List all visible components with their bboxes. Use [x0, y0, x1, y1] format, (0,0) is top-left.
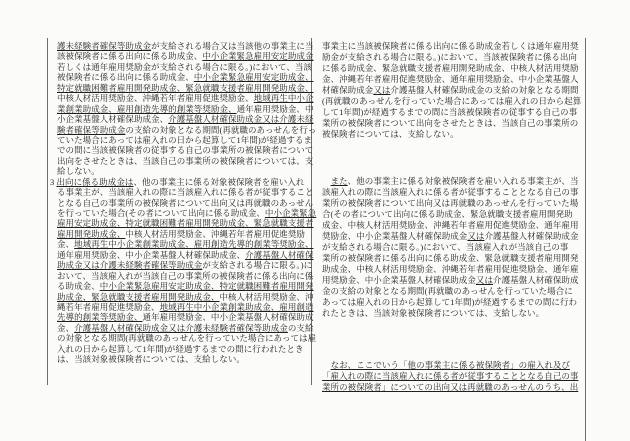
text-line: あっては雇入れの日から起算して1年間)が経過するまでの間に行わ — [322, 297, 585, 308]
text-line: る助成金、中小企業緊急雇用安定助成金、特定就職困難者雇用開発 — [50, 281, 311, 291]
plain-text: は、当該対象被保険者については、支給しない。 — [57, 354, 245, 364]
underlined-text: 業創業助成金、雇用創造先導的創業等奨励金、 — [57, 104, 237, 114]
plain-text: 中核人材活用奨励金、沖縄若年者雇用促進奨励金、 — [57, 93, 254, 103]
text-line: 金、沖縄若年者雇用促進奨励金、通年雇用奨励金、中小企業基盤人 — [322, 74, 585, 85]
plain-text: 奨励金、中小企業基盤人材確保助成金 — [322, 231, 467, 241]
plain-text: (再就職のあっせんを行っていた場合にあっては雇入れの日から起算 — [322, 96, 581, 106]
text-line: 該被保険者に係る出向に係る助成金、中小企業緊急雇用安定助成金 — [50, 51, 311, 61]
underlined-text: 介護基盤人材確保助成金又は介護未経験者確保等助成金 — [74, 323, 288, 333]
text-line: 雇用安定助成金、特定就職困難者雇用開発助成金、緊急就職支援者 — [50, 218, 311, 228]
plain-text: 介護基盤人材確保助成金 — [484, 231, 578, 241]
text-line: が支給される場合に限る。)において、当該雇入れが当該自己の事 — [322, 242, 585, 253]
plain-text: 金、沖縄若年者雇用促進奨励金、通年雇用奨励金、中小企業基盤人 — [322, 74, 579, 84]
text-line: 業所の被保険者について出向又は再就職のあっせんを行っていた場 — [322, 198, 585, 209]
plain-text: 金、 — [57, 323, 74, 333]
text-line: 雇用開発助成金、中核人材活用奨励金、沖縄若年者雇用促進奨励 — [50, 229, 311, 239]
underlined-text: なお、ここでいう「他の事業主に係る被保険者」の雇入れ及び — [331, 360, 570, 370]
plain-text: 、他の事業主に係る対象被保険者を雇い入れる事業主が、当 — [348, 176, 579, 186]
text-line: 事業主に当該被保険者に係る出向に係る助成金若しくは通年雇用奨 — [322, 41, 585, 52]
underlined-text: 地域再生中小企業創業助成金、雇用創造 — [160, 302, 314, 312]
text-line: 験者確保等助成金の支給の対象となる期間(再就職のあっせんを行っ — [50, 125, 311, 135]
text-line: に係る助成金、緊急就職支援者雇用開発助成金、中核人材活用奨励 — [322, 63, 585, 74]
underlined-text: 先導的創業等奨励金、 — [57, 312, 143, 322]
underlined-text: 又は — [467, 231, 484, 241]
plain-text: 業所の被保険者について出向をさせたときは、当該自己の事業所の — [322, 118, 578, 128]
plain-text: となる自己の事業所の被保険者について出向又は再就職のあっせん — [57, 198, 313, 208]
text-line: 護未経験者確保等助成金が支給される場合又は当該他の事業主に当 — [50, 41, 311, 51]
plain-text: る助成金、 — [57, 281, 100, 291]
plain-text: して1年間)が経過するまでの間に当該被保険者の従事する自己の事 — [322, 107, 577, 117]
underlined-text: 中小企業緊急雇用安定助成金、 — [194, 72, 314, 82]
plain-text: 小企業基盤人材確保助成金、 — [57, 114, 168, 124]
text-line: 奨励金、中小企業基盤人材確保助成金又は介護基盤人材確保助成金 — [322, 231, 585, 242]
plain-text: る事業主が、当該雇入れの際に当該雇入れに係る者が従事すること — [57, 187, 314, 197]
text-line: となる自己の事業所の被保険者について出向又は再就職のあっせん — [50, 198, 311, 208]
text-line: 業所の被保険者について出向をさせたときは、当該自己の事業所の — [322, 118, 585, 129]
plain-text: 中核人材活用奨励金、沖 — [219, 292, 313, 302]
plain-text — [322, 360, 331, 370]
text-line: は、当該対象被保険者については、支給しない。 — [50, 354, 311, 364]
text-block: 護未経験者確保等助成金が支給される場合又は当該他の事業主に当該被保険者に係る出向… — [50, 41, 311, 365]
text-line: 特定就職困難者雇用開発助成金、緊急就職支援者雇用開発助成金、 — [50, 83, 311, 93]
underlined-text: 験者確保等助成金 — [57, 125, 125, 135]
text-line: 金、地域再生中小企業創業助成金、雇用創造先導的創業等奨励金、 — [50, 239, 311, 249]
text-line: 業創業助成金、雇用創造先導的創業等奨励金、通年雇用奨励金、中 — [50, 104, 311, 114]
text-line: おいて、当該雇入れが当該自己の事業所の被保険者に係る出向に係 — [50, 271, 311, 281]
text-block: 事業主に当該被保険者に係る出向に係る助成金若しくは通年雇用奨励金が支給される場合… — [322, 41, 585, 140]
text-line: 助成金又は介護未経験者確保等助成金が支給される場合に限る。)に — [50, 260, 311, 270]
plain-text: 、他の事業主に係る対象被保険者を雇い入れ — [133, 177, 304, 187]
text-line: 被保険者に係る出向に係る助成金、中小企業緊急雇用安定助成金、 — [50, 72, 311, 82]
text-line: 中核人材活用奨励金、沖縄若年者雇用促進奨励金、地域再生中小企 — [50, 93, 311, 103]
text-line: を行っていた場合(その者について出向に係る助成金、中小企業緊急 — [50, 208, 311, 218]
plain-text: 業所の被保険者に係る出向に係る助成金、緊急就職支援者雇用開発 — [322, 253, 579, 263]
text-line: 助成金、中核人材活用奨励金、沖縄若年者雇用促進奨励金、通年雇 — [322, 264, 585, 275]
text-line: 成金、中核人材活用奨励金、沖縄若年者雇用促進奨励金、通年雇用 — [322, 220, 585, 231]
text-line: 該雇入れの際に当該雇入れに係る者が従事することとなる自己の事 — [322, 187, 585, 198]
plain-text: 介護基盤人材確保助成 — [493, 275, 579, 285]
text-line: 業所の被保険者」についての出向又は再就職のあっせんのうち、出 — [322, 382, 585, 393]
underlined-text: また — [331, 176, 348, 186]
text-line: 被保険者については、支給しない。 — [322, 129, 585, 140]
plain-text: の支給の対象となる期間(再就職のあっせんを行っ — [125, 125, 316, 135]
plain-text: 事業主に当該被保険者に係る出向に係る助成金若しくは通年雇用奨 — [322, 41, 579, 51]
underlined-text: 業所の被保険者」についての出向又は再就職のあっせんのうち、出 — [322, 382, 578, 392]
text-line: 小企業基盤人材確保助成金、介護基盤人材確保助成金又は介護未経 — [50, 114, 311, 124]
plain-text: ていた場合にあっては雇入れの日から起算して1年間)が経過するま — [57, 135, 312, 145]
underlined-text: 介護基盤人材確保助成金又は介護未経 — [168, 114, 313, 124]
underlined-text: 雇用開発助成金、 — [57, 229, 125, 239]
plain-text: 金の支給の対象となる期間(再就職のあっせんを行っていた場合に — [322, 286, 573, 296]
plain-text: に係る助成金、緊急就職支援者雇用開発助成金、中核人材活用奨励 — [322, 63, 579, 73]
plain-text: 該被保険者に係る出向に係る助成金、 — [57, 51, 202, 61]
text-line: (再就職のあっせんを行っていた場合にあっては雇入れの日から起算 — [322, 96, 585, 107]
text-line: 先導的創業等奨励金、通年雇用奨励金、中小企業基盤人材確保助成 — [50, 312, 311, 322]
underlined-text: 中小企業緊急 — [265, 208, 316, 218]
plain-text: 成金、中核人材活用奨励金、沖縄若年者雇用促進奨励金、通年雇用 — [322, 220, 579, 230]
plain-text: 助成金、中核人材活用奨励金、沖縄若年者雇用促進奨励金、通年雇 — [322, 264, 579, 274]
plain-text: の支給 — [288, 323, 314, 333]
underlined-text: 地域再生中小企業創業助成金、雇用創造先導的創業等奨励金、 — [74, 239, 313, 249]
plain-text: が支給される場合に限る。)において、当該雇入れが当該自己の事 — [322, 242, 568, 252]
text-line: る事業主が、当該雇入れの際に当該雇入れに係る者が従事すること — [50, 187, 311, 197]
text-line: ていた場合にあっては雇入れの日から起算して1年間)が経過するま — [50, 135, 311, 145]
document-page-left: 護未経験者確保等助成金が支給される場合又は当該他の事業主に当該被保険者に係る出向… — [47, 38, 312, 385]
text-line: 用奨励金、中小企業基盤人材確保助成金又は介護基盤人材確保助成 — [322, 275, 585, 286]
plain-text: 合(その者について出向に係る助成金、緊急就職支援者雇用開発助 — [322, 209, 573, 219]
plain-text: れたときは、当該対象被保険者については、支給しない。 — [322, 308, 544, 318]
underlined-text: 助成金又は介護未経験者確保等助成金 — [57, 260, 202, 270]
plain-text: 該雇入れの際に当該雇入れに係る者が従事することとなる自己の事 — [322, 187, 579, 197]
text-line: 金の支給の対象となる期間(再就職のあっせんを行っていた場合に — [322, 286, 585, 297]
text-line: 給しない。 — [50, 166, 311, 176]
text-line: 助成金、緊急就職支援者雇用開発助成金、中核人材活用奨励金、沖 — [50, 292, 311, 302]
underlined-text: 雇用安定助成金、特定就職困難者雇用開発助成金、緊急就職支援者 — [57, 218, 314, 228]
underlined-text: 出向に係る助成金は — [56, 177, 133, 187]
text-line: 「雇入れの際に当該雇入れに係る者が従事することとなる自己の事 — [322, 371, 585, 382]
underlined-text: 「雇入れの際に当該雇入れに係る者が従事することとなる自己の事 — [322, 371, 579, 381]
plain-text: が支給される場合又は当該他の事業主に当 — [151, 41, 313, 51]
underlined-text: 中小企業緊急雇用安定助成金、特定就職困難者雇用開発 — [100, 281, 314, 291]
text-line: 縄若年者雇用促進奨励金、地域再生中小企業創業助成金、雇用創造 — [50, 302, 311, 312]
plain-text: あっては雇入れの日から起算して1年間)が経過するまでの間に行わ — [322, 297, 577, 307]
plain-text: 通年雇用奨励金、中 — [237, 104, 314, 114]
underlined-text: 又は — [476, 275, 493, 285]
underlined-text: 又は — [373, 85, 390, 95]
text-line: れたときは、当該対象被保険者については、支給しない。 — [322, 308, 585, 319]
plain-text: 通年雇用奨励金、中小企業基盤人材確保助成 — [143, 312, 314, 322]
underlined-text: 助成金、緊急就職支援者雇用開発助成金、 — [57, 292, 219, 302]
text-line: 若しくは通年雇用奨励金が支給される場合に限る。)において、当該 — [50, 62, 311, 72]
text-block: また、他の事業主に係る対象被保険者を雇い入れる事業主が、当該雇入れの際に当該雇入… — [322, 176, 585, 319]
plain-text: を行っていた場合(その者について出向に係る助成金、 — [57, 208, 265, 218]
text-line: 通年雇用奨励金、中小企業基盤人材確保助成金、介護基盤人材確保 — [50, 250, 311, 260]
plain-text: 被保険者については、支給しない。 — [322, 129, 459, 139]
plain-text: 中核人材活用奨励金、沖縄若年者雇用促進奨励 — [125, 229, 305, 239]
text-block: なお、ここでいう「他の事業主に係る被保険者」の雇入れ及び「雇入れの際に当該雇入れ… — [322, 360, 585, 393]
text-line: 3 出向に係る助成金は、他の事業主に係る対象被保険者を雇い入れ — [50, 177, 311, 187]
text-line: なお、ここでいう「他の事業主に係る被保険者」の雇入れ及び — [322, 360, 585, 371]
plain-text: での間に当該被保険者の従事する自己の事業所の被保険者について — [57, 145, 313, 155]
text-line: 入れの日から起算して1年間)が経過するまでの間に行われたとき — [50, 344, 311, 354]
text-line: での間に当該被保険者の従事する自己の事業所の被保険者について — [50, 145, 311, 155]
plain-text: が支給される場合に限る。)に — [202, 260, 312, 270]
text-line: 業所の被保険者に係る出向に係る助成金、緊急就職支援者雇用開発 — [322, 253, 585, 264]
underlined-text: 地域再生中小企 — [254, 93, 314, 103]
text-line: また、他の事業主に係る対象被保険者を雇い入れる事業主が、当 — [322, 176, 585, 187]
plain-text: の対象となる期間(再就職のあっせんを行っていた場合にあっては雇 — [57, 333, 316, 343]
plain-text: 金、 — [57, 239, 74, 249]
plain-text: 若しくは通年雇用奨励金が支給される場合に限る。)において、当該 — [57, 62, 312, 72]
text-line: 励金が支給される場合に限る。)において、当該被保険者に係る出向 — [322, 52, 585, 63]
underlined-text: 中小企業緊急雇用安定助成金 — [202, 51, 313, 61]
plain-text: おいて、当該雇入れが当該自己の事業所の被保険者に係る出向に係 — [57, 271, 313, 281]
underlined-text: 介護基盤人材確保 — [245, 250, 313, 260]
plain-text: 介護基盤人材確保助成金の支給の対象となる期間 — [390, 85, 578, 95]
plain-text: 給しない。 — [57, 166, 100, 176]
text-line: 材確保助成金又は介護基盤人材確保助成金の支給の対象となる期間 — [322, 85, 585, 96]
plain-text: 材確保助成金 — [322, 85, 373, 95]
plain-text — [322, 176, 331, 186]
plain-text: 用奨励金、中小企業基盤人材確保助成金 — [322, 275, 476, 285]
underlined-text: 護未経験者確保等助成金 — [57, 41, 151, 51]
document-page-right: 事業主に当該被保険者に係る出向に係る助成金若しくは通年雇用奨励金が支給される場合… — [322, 38, 586, 441]
text-line: 金、介護基盤人材確保助成金又は介護未経験者確保等助成金の支給 — [50, 323, 311, 333]
text-line: 出向をさせたときは、当該自己の事業所の被保険者については、支 — [50, 156, 311, 166]
text-line: して1年間)が経過するまでの間に当該被保険者の従事する自己の事 — [322, 107, 585, 118]
plain-text: 被保険者に係る出向に係る助成金、 — [57, 72, 194, 82]
plain-text: 業所の被保険者について出向又は再就職のあっせんを行っていた場 — [322, 198, 578, 208]
underlined-text: 特定就職困難者雇用開発助成金、緊急就職支援者雇用開発助成金、 — [57, 83, 314, 93]
plain-text: 縄若年者雇用促進奨励金、 — [57, 302, 160, 312]
plain-text: 出向をさせたときは、当該自己の事業所の被保険者については、支 — [57, 156, 313, 166]
text-line: の対象となる期間(再就職のあっせんを行っていた場合にあっては雇 — [50, 333, 311, 343]
text-line: 合(その者について出向に係る助成金、緊急就職支援者雇用開発助 — [322, 209, 585, 220]
plain-text: 通年雇用奨励金、中小企業基盤人材確保助成金、 — [57, 250, 245, 260]
plain-text: 励金が支給される場合に限る。)において、当該被保険者に係る出向 — [322, 52, 577, 62]
plain-text: 入れの日から起算して1年間)が経過するまでの間に行われたとき — [57, 344, 304, 354]
